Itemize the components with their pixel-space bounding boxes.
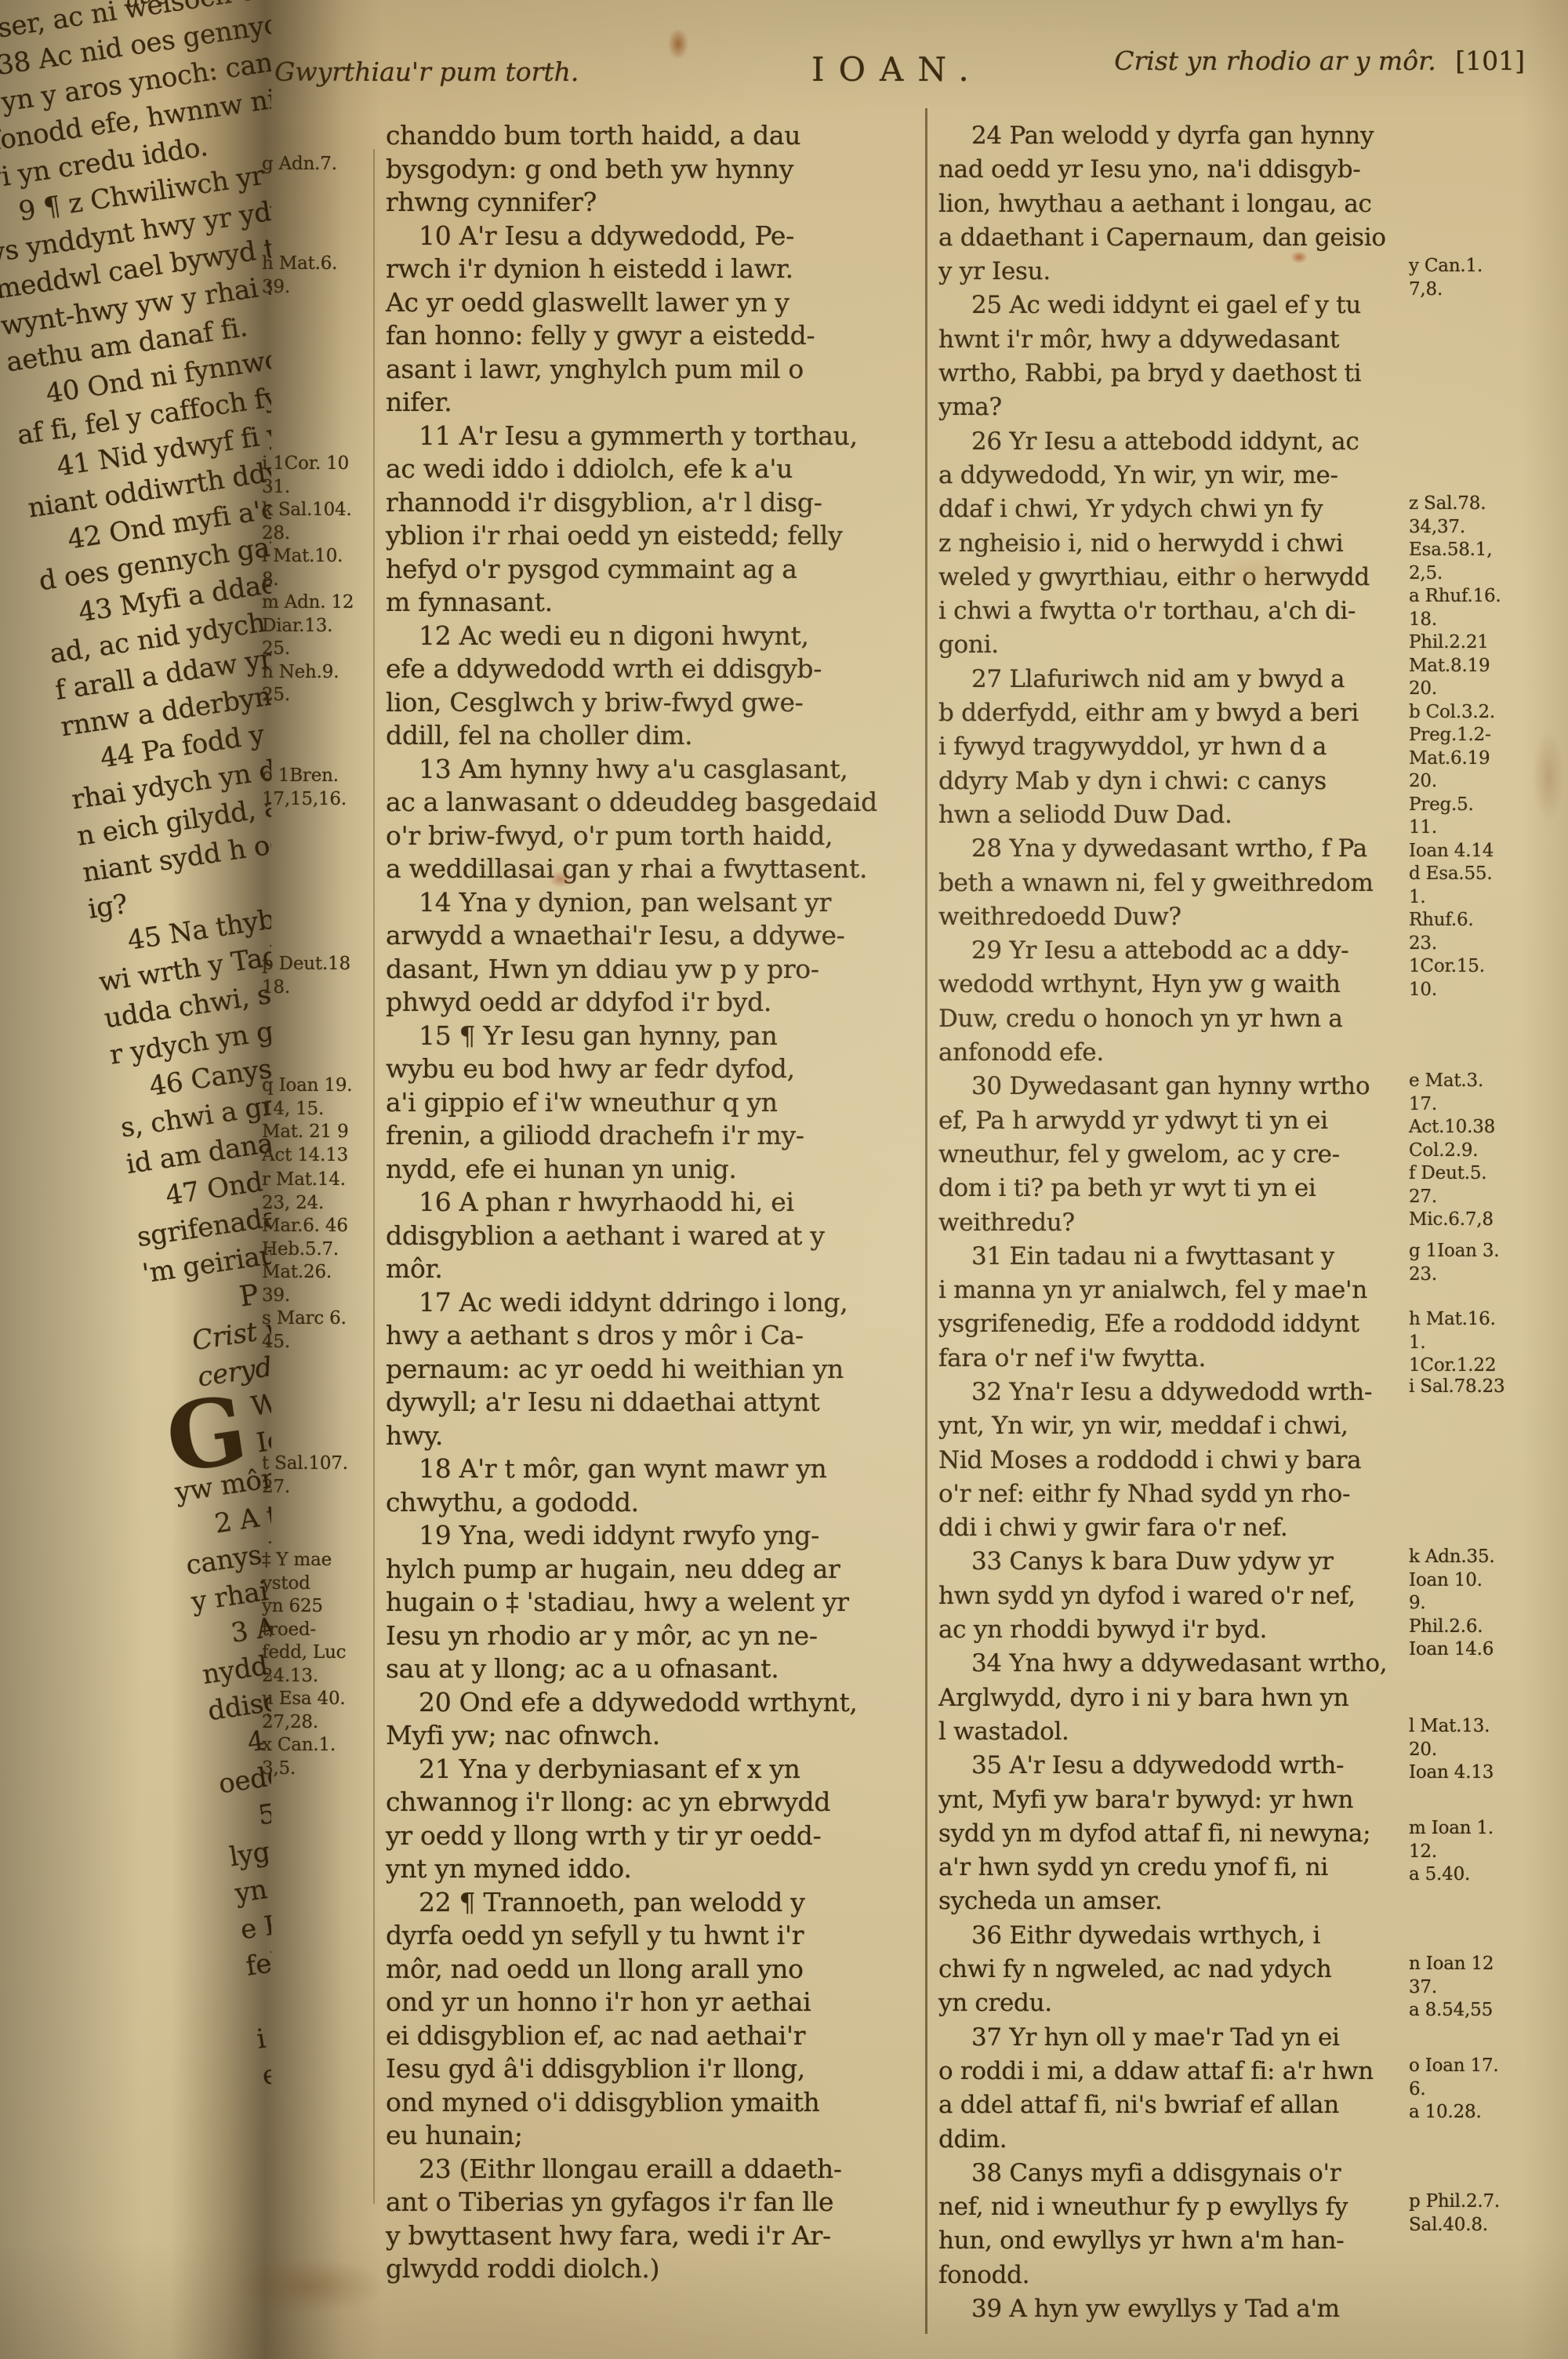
right-text-column: 24 Pan welodd y dyrfa gan hynnynad oedd … <box>938 119 1403 2326</box>
text-line: weled y gwyrthiau, eithr o herwydd <box>938 561 1403 594</box>
text-line: ddaf i chwi, Yr ydych chwi yn fy <box>938 493 1403 526</box>
text-line: fonodd. <box>938 2259 1403 2292</box>
text-line: 36 Eithr dywedais wrthych, i <box>938 1919 1403 1953</box>
text-line: hwy. <box>386 1419 925 1453</box>
text-line: 30 Dywedasant gan hynny wrtho <box>938 1070 1403 1103</box>
text-line: wneuthur, fel y gwelom, ac y cre- <box>938 1138 1403 1172</box>
text-line: chwannog i'r llong: ac yn ebrwydd <box>386 1786 925 1819</box>
margin-note: z Sal.78. 34,37. Esa.58.1, 2,5. a Rhuf.1… <box>1409 493 1501 1001</box>
text-line: 39 A hyn yw ewyllys y Tad a'm <box>938 2292 1403 2326</box>
text-line: 20 Ond efe a ddywedodd wrthynt, <box>386 1686 925 1720</box>
text-line: 34 Yna hwy a ddywedasant wrtho, <box>938 1647 1403 1681</box>
text-line: môr, nad oedd un llong arall yno <box>386 1953 925 1986</box>
text-line: Iesu yn rhodio ar y môr, ac yn ne- <box>386 1619 925 1653</box>
text-line: 22 ¶ Trannoeth, pan welodd y <box>386 1886 925 1920</box>
text-line: ac yn rhoddi bywyd i'r byd. <box>938 1613 1403 1647</box>
text-line: z ngheisio i, nid o herwydd i chwi <box>938 527 1403 561</box>
text-line: b dderfydd, eithr am y bwyd a beri <box>938 696 1403 730</box>
facing-page-rotated-block: ac yn dangos G amser, ac ni welsoch ei x… <box>0 0 271 2277</box>
text-line: 24 Pan welodd y dyrfa gan hynny <box>938 119 1403 153</box>
text-line: fara o'r nef i'w fwytta. <box>938 1342 1403 1376</box>
text-line: 33 Canys k bara Duw ydyw yr <box>938 1545 1403 1579</box>
text-line: môr. <box>386 1252 925 1286</box>
text-line: rwch i'r dynion h eistedd i lawr. <box>386 253 925 286</box>
margin-divider-rule <box>373 149 375 2204</box>
text-line: hun, ond ewyllys yr hwn a'm han- <box>938 2224 1403 2258</box>
text-line: yn credu. <box>938 1986 1403 2020</box>
text-line: dywyll; a'r Iesu ni ddaethai attynt <box>386 1386 925 1419</box>
text-line: a ddywedodd, Yn wir, yn wir, me- <box>938 459 1403 493</box>
right-running-title-text: Crist yn rhodio ar y môr. <box>1114 45 1436 76</box>
text-line: yr oedd y llong wrth y tir yr oedd- <box>386 1819 925 1853</box>
text-line: lion, hwythau a aethant i longau, ac <box>938 187 1403 221</box>
text-line: 37 Yr hyn oll y mae'r Tad yn ei <box>938 2021 1403 2055</box>
text-line: chanddo bum torth haidd, a dau <box>386 119 925 153</box>
text-line: nad oedd yr Iesu yno, na'i ddisgyb- <box>938 153 1403 187</box>
text-line: 12 Ac wedi eu n digoni hwynt, <box>386 620 925 653</box>
text-line: 15 ¶ Yr Iesu gan hynny, pan <box>386 1020 925 1053</box>
text-line: rhannodd i'r disgyblion, a'r l disg- <box>386 486 925 520</box>
text-line: i manna yn yr anialwch, fel y mae'n <box>938 1274 1403 1307</box>
book-title: IOAN. <box>811 50 1047 89</box>
margin-note: l Mat.13. 20. Ioan 4.13 <box>1409 1715 1494 1785</box>
text-line: wedodd wrthynt, Hyn yw g waith <box>938 968 1403 1001</box>
text-line: sydd yn m dyfod attaf fi, ni newyna; <box>938 1817 1403 1851</box>
text-line: hwn a seliodd Duw Dad. <box>938 798 1403 832</box>
text-line: sau at y llong; ac a u ofnasant. <box>386 1652 925 1686</box>
text-line: chwi fy n ngweled, ac nad ydych <box>938 1953 1403 1986</box>
text-line: weithredu? <box>938 1206 1403 1240</box>
text-line: frenin, a giliodd drachefn i'r my- <box>386 1119 925 1153</box>
text-line: 14 Yna y dynion, pan welsant yr <box>386 886 925 920</box>
text-line: dyrfa oedd yn sefyll y tu hwnt i'r <box>386 1919 925 1953</box>
text-line: 32 Yna'r Iesu a ddywedodd wrth- <box>938 1376 1403 1409</box>
margin-note: n Ioan 12 37. a 8.54,55 <box>1409 1953 1494 2023</box>
margin-note: p Phil.2.7. Sal.40.8. <box>1409 2190 1500 2237</box>
text-line: y yr Iesu. <box>938 255 1403 289</box>
text-line: hylch pump ar hugain, neu ddeg ar <box>386 1553 925 1587</box>
text-line: ddisgyblion a aethant i wared at y <box>386 1219 925 1253</box>
text-line: i fywyd tragywyddol, yr hwn d a <box>938 730 1403 764</box>
text-line: o'r briw-fwyd, o'r pum torth haidd, <box>386 820 925 853</box>
text-line: 29 Yr Iesu a attebodd ac a ddy- <box>938 934 1403 968</box>
text-line: i chwi a fwytta o'r torthau, a'ch di- <box>938 594 1403 628</box>
margin-note: q Ioan 19. 14, 15. Mat. 21 9 Act 14.13 <box>262 1074 352 1167</box>
text-line: Nid Moses a roddodd i chwi y bara <box>938 1444 1403 1478</box>
text-line: bysgodyn: g ond beth yw hynny <box>386 153 925 187</box>
text-line: anfonodd efe. <box>938 1036 1403 1070</box>
margin-note: r Mat.14. 23, 24. Mar.6. 46 Heb.5.7. Mat… <box>262 1169 348 1354</box>
text-line: ond myned o'i ddisgyblion ymaith <box>386 2086 925 2120</box>
text-line: 21 Yna y derbyniasant ef x yn <box>386 1753 925 1787</box>
photographed-book-page: ac yn dangos G amser, ac ni welsoch ei x… <box>0 0 1568 2359</box>
text-line: beth a wnawn ni, fel y gweithredom <box>938 867 1403 900</box>
text-line: Ac yr oedd glaswellt lawer yn y <box>386 286 925 320</box>
text-line: sycheda un amser. <box>938 1885 1403 1918</box>
text-line: asant i lawr, ynghylch pum mil o <box>386 353 925 387</box>
text-line: Arglwydd, dyro i ni y bara hwn yn <box>938 1681 1403 1715</box>
margin-note: g 1Ioan 3. 23. <box>1409 1240 1499 1286</box>
margin-note: ‡ Y mae ystod yn 625 troed- fedd, Luc 24… <box>262 1549 346 1780</box>
margin-note: h Mat.16. 1. 1Cor.1.22 <box>1409 1308 1496 1378</box>
text-line: phwyd oedd ar ddyfod i'r byd. <box>386 986 925 1020</box>
margin-note: i 1Cor. 10 31. k Sal.104. 28. l Mat.10. … <box>262 453 354 707</box>
text-line: ynt, Myfi yw bara'r bywyd: yr hwn <box>938 1783 1403 1817</box>
text-line: ddim. <box>938 2123 1403 2157</box>
text-line: Myfi yw; nac ofnwch. <box>386 1719 925 1753</box>
text-line: m fynnasant. <box>386 586 925 620</box>
text-line: nifer. <box>386 386 925 420</box>
text-line: l wastadol. <box>938 1715 1403 1749</box>
text-line: hwnt i'r môr, hwy a ddywedasant <box>938 323 1403 357</box>
margin-note: k Adn.35. Ioan 10. 9. Phil.2.6. Ioan 14.… <box>1409 1546 1494 1662</box>
text-line: a weddillasai gan y rhai a fwyttasent. <box>386 852 925 886</box>
text-line: 18 A'r t môr, gan wynt mawr yn <box>386 1452 925 1486</box>
margin-note: h Mat.6. 39. <box>262 253 337 299</box>
text-line: ac wedi iddo i ddiolch, efe k a'u <box>386 453 925 486</box>
text-line: o'r nef: eithr fy Nhad sydd yn rho- <box>938 1478 1403 1511</box>
text-line: yma? <box>938 391 1403 424</box>
text-line: ond yr un honno i'r hon yr aethai <box>386 1986 925 2019</box>
text-line: ddill, fel na choller dim. <box>386 719 925 753</box>
text-line: ddi i chwi y gwir fara o'r nef. <box>938 1511 1403 1545</box>
text-line: ac a lanwasant o ddeuddeg basgedaid <box>386 786 925 820</box>
text-line: dasant, Hwn yn ddiau yw p y pro- <box>386 953 925 987</box>
text-line: a'i gippio ef i'w wneuthur q yn <box>386 1086 925 1120</box>
text-line: hwn sydd yn dyfod i wared o'r nef, <box>938 1579 1403 1613</box>
margin-note: m Ioan 1. 12. a 5.40. <box>1409 1817 1494 1887</box>
text-line: wrtho, Rabbi, pa bryd y daethost ti <box>938 357 1403 391</box>
text-line: hugain o ‡ 'stadiau, hwy a welent yr <box>386 1586 925 1619</box>
margin-note: y Can.1. 7,8. <box>1409 255 1483 301</box>
text-line: wybu eu bod hwy ar fedr dyfod, <box>386 1052 925 1086</box>
text-line: dom i ti? pa beth yr wyt ti yn ei <box>938 1172 1403 1205</box>
text-line: 16 A phan r hwyrhaodd hi, ei <box>386 1186 925 1219</box>
text-line: goni. <box>938 628 1403 662</box>
text-line: Iesu gyd â'i ddisgyblion i'r llong, <box>386 2052 925 2086</box>
margin-note: o Ioan 17. 6. a 10.28. <box>1409 2055 1499 2125</box>
text-line: eu hunain; <box>386 2119 925 2153</box>
text-line: 11 A'r Iesu a gymmerth y torthau, <box>386 420 925 453</box>
text-line: 13 Am hynny hwy a'u casglasant, <box>386 753 925 787</box>
text-line: ddyry Mab y dyn i chwi: c canys <box>938 765 1403 798</box>
text-line: ant o Tiberias yn gyfagos i'r fan lle <box>386 2186 925 2219</box>
text-line: 28 Yna y dywedasant wrtho, f Pa <box>938 832 1403 866</box>
facing-page-edge: ac yn dangos G amser, ac ni welsoch ei x… <box>0 0 271 2359</box>
text-line: hefyd o'r pysgod cymmaint ag a <box>386 553 925 587</box>
text-line: 19 Yna, wedi iddynt rwyfo yng- <box>386 1519 925 1553</box>
paper-stain <box>668 28 688 60</box>
text-line: a'r hwn sydd yn credu ynof fi, ni <box>938 1851 1403 1885</box>
text-line: ynt, Yn wir, yn wir, meddaf i chwi, <box>938 1409 1403 1443</box>
text-line: nydd, efe ei hunan yn unig. <box>386 1153 925 1187</box>
text-line: ynt yn myned iddo. <box>386 1852 925 1886</box>
text-line: yblion i'r rhai oedd yn eistedd; felly <box>386 519 925 553</box>
text-line: 27 Llafuriwch nid am y bwyd a <box>938 663 1403 696</box>
text-line: pernaum: ac yr oedd hi weithian yn <box>386 1353 925 1387</box>
text-line: nef, nid i wneuthur fy p ewyllys fy <box>938 2190 1403 2224</box>
text-line: arwydd a wnaethai'r Iesu, a ddywe- <box>386 919 925 953</box>
text-line: ysgrifenedig, Efe a roddodd iddynt <box>938 1307 1403 1341</box>
text-line: efe a ddywedodd wrth ei ddisgyb- <box>386 652 925 686</box>
text-line: Duw, credu o honoch yn yr hwn a <box>938 1002 1403 1036</box>
text-line: 26 Yr Iesu a attebodd iddynt, ac <box>938 425 1403 459</box>
text-line: lion, Cesglwch y briw-fwyd gwe- <box>386 686 925 720</box>
facing-page-text: amser, ac ni welsoch ei x38 Ac nid oes g… <box>0 0 271 2277</box>
right-margin-notes: y Can.1. 7,8.z Sal.78. 34,37. Esa.58.1, … <box>1409 0 1564 2359</box>
margin-note: p Deut.18 18. <box>262 953 350 999</box>
margin-note: i Sal.78.23 <box>1409 1376 1504 1399</box>
margin-note: e Mat.3. 17. Act.10.38 Col.2.9. f Deut.5… <box>1409 1070 1495 1232</box>
text-line: ei ddisgyblion ef, ac nad aethai'r <box>386 2019 925 2053</box>
text-line: 31 Ein tadau ni a fwyttasant y <box>938 1240 1403 1274</box>
text-line: glwydd roddi diolch.) <box>386 2252 925 2286</box>
margin-note: t Sal.107. 27. <box>262 1452 348 1499</box>
text-line: a ddel attaf fi, ni's bwriaf ef allan <box>938 2088 1403 2122</box>
text-line: o roddi i mi, a ddaw attaf fi: a'r hwn <box>938 2055 1403 2088</box>
margin-note: g Adn.7. <box>262 153 337 176</box>
text-line: fan honno: felly y gwyr a eistedd- <box>386 319 925 353</box>
left-text-column: chanddo bum torth haidd, a daubysgodyn: … <box>386 119 925 2286</box>
margin-note: o 1Bren. 17,15,16. <box>262 765 347 811</box>
text-line: hwy a aethant s dros y môr i Ca- <box>386 1319 925 1353</box>
text-line: chwythu, a gododd. <box>386 1486 925 1520</box>
text-line: rhwng cynnifer? <box>386 186 925 220</box>
left-margin-notes: g Adn.7.h Mat.6. 39.i 1Cor. 10 31. k Sal… <box>262 0 381 2359</box>
text-line: y bwyttasent hwy fara, wedi i'r Ar- <box>386 2219 925 2253</box>
text-line: 25 Ac wedi iddynt ei gael ef y tu <box>938 289 1403 322</box>
column-divider-rule <box>925 108 927 2334</box>
text-line: 23 (Eithr llongau eraill a ddaeth- <box>386 2153 925 2186</box>
text-line: 10 A'r Iesu a ddywedodd, Pe- <box>386 220 925 253</box>
text-line: weithredoedd Duw? <box>938 900 1403 934</box>
text-line: ef, Pa h arwydd yr ydwyt ti yn ei <box>938 1104 1403 1138</box>
text-line: 17 Ac wedi iddynt ddringo i long, <box>386 1286 925 1320</box>
text-line: 38 Canys myfi a ddisgynais o'r <box>938 2157 1403 2190</box>
text-line: a ddaethant i Capernaum, dan geisio <box>938 221 1403 255</box>
text-line: 35 A'r Iesu a ddywedodd wrth- <box>938 1749 1403 1783</box>
